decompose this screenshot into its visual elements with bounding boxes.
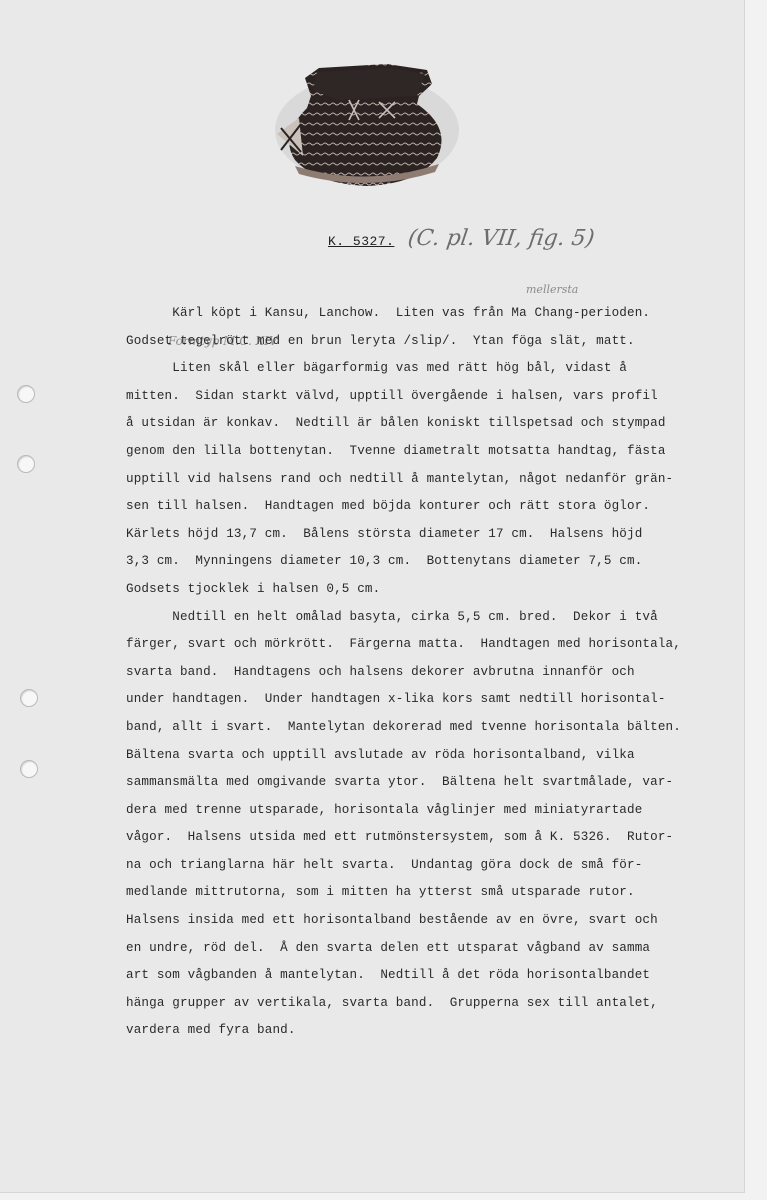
catalog-number: K. 5327. (328, 234, 394, 249)
text-line: 3,3 cm. Mynningens diameter 10,3 cm. Bot… (126, 548, 746, 576)
text-line: vågor. Halsens utsida med ett rutmönster… (126, 824, 746, 852)
text-line: Kärlets höjd 13,7 cm. Bålens största dia… (126, 521, 746, 549)
text-line: färger, svart och mörkrött. Färgerna mat… (126, 631, 746, 659)
text-line: vardera med fyra band. (126, 1017, 746, 1045)
text-line: Kärl köpt i Kansu, Lanchow. Liten vas fr… (126, 300, 746, 328)
text-line: under handtagen. Under handtagen x-lika … (126, 686, 746, 714)
text-line: en undre, röd del. Å den svarta delen et… (126, 935, 746, 963)
text-line: mitten. Sidan starkt välvd, upptill över… (126, 383, 746, 411)
typed-description: Kärl köpt i Kansu, Lanchow. Liten vas fr… (126, 300, 746, 1045)
punch-hole-2 (17, 455, 35, 473)
text-line: sammansmälta med omgivande svarta ytor. … (126, 769, 746, 797)
text-line: Nedtill en helt omålad basyta, cirka 5,5… (126, 604, 746, 632)
text-line: na och trianglarna här helt svarta. Unda… (126, 852, 746, 880)
handwritten-annotation-period: mellersta (526, 283, 578, 296)
text-line: å utsidan är konkav. Nedtill är bålen ko… (126, 410, 746, 438)
text-line: Halsens insida med ett horisontalband be… (126, 907, 746, 935)
document-page: K. 5327. (C. pl. VII, fig. 5) mellersta … (0, 0, 745, 1193)
text-line: svarta band. Handtagens och halsens deko… (126, 659, 746, 687)
text-line: sen till halsen. Handtagen med böjda kon… (126, 493, 746, 521)
handwritten-reference: (C. pl. VII, fig. 5) (407, 226, 597, 251)
text-line: genom den lilla bottenytan. Tvenne diame… (126, 438, 746, 466)
pottery-photo (267, 38, 467, 188)
text-line: hänga grupper av vertikala, svarta band.… (126, 990, 746, 1018)
text-line: dera med trenne utsparade, horisontala v… (126, 797, 746, 825)
text-line: medlande mittrutorna, som i mitten ha yt… (126, 879, 746, 907)
text-line: band, allt i svart. Mantelytan dekorerad… (126, 714, 746, 742)
punch-hole-3 (20, 689, 38, 707)
caption-row: K. 5327. (C. pl. VII, fig. 5) (328, 226, 595, 266)
punch-hole-4 (20, 760, 38, 778)
text-line: Godsets tjocklek i halsen 0,5 cm. (126, 576, 746, 604)
punch-hole-1 (17, 385, 35, 403)
text-line: Bältena svarta och upptill avslutade av … (126, 742, 746, 770)
text-line: Godset tegelrött med en brun leryta /sli… (126, 328, 746, 356)
text-line: art som vågbanden å mantelytan. Nedtill … (126, 962, 746, 990)
text-line: upptill vid halsens rand och nedtill å m… (126, 466, 746, 494)
text-line: Liten skål eller bägarformig vas med rät… (126, 355, 746, 383)
